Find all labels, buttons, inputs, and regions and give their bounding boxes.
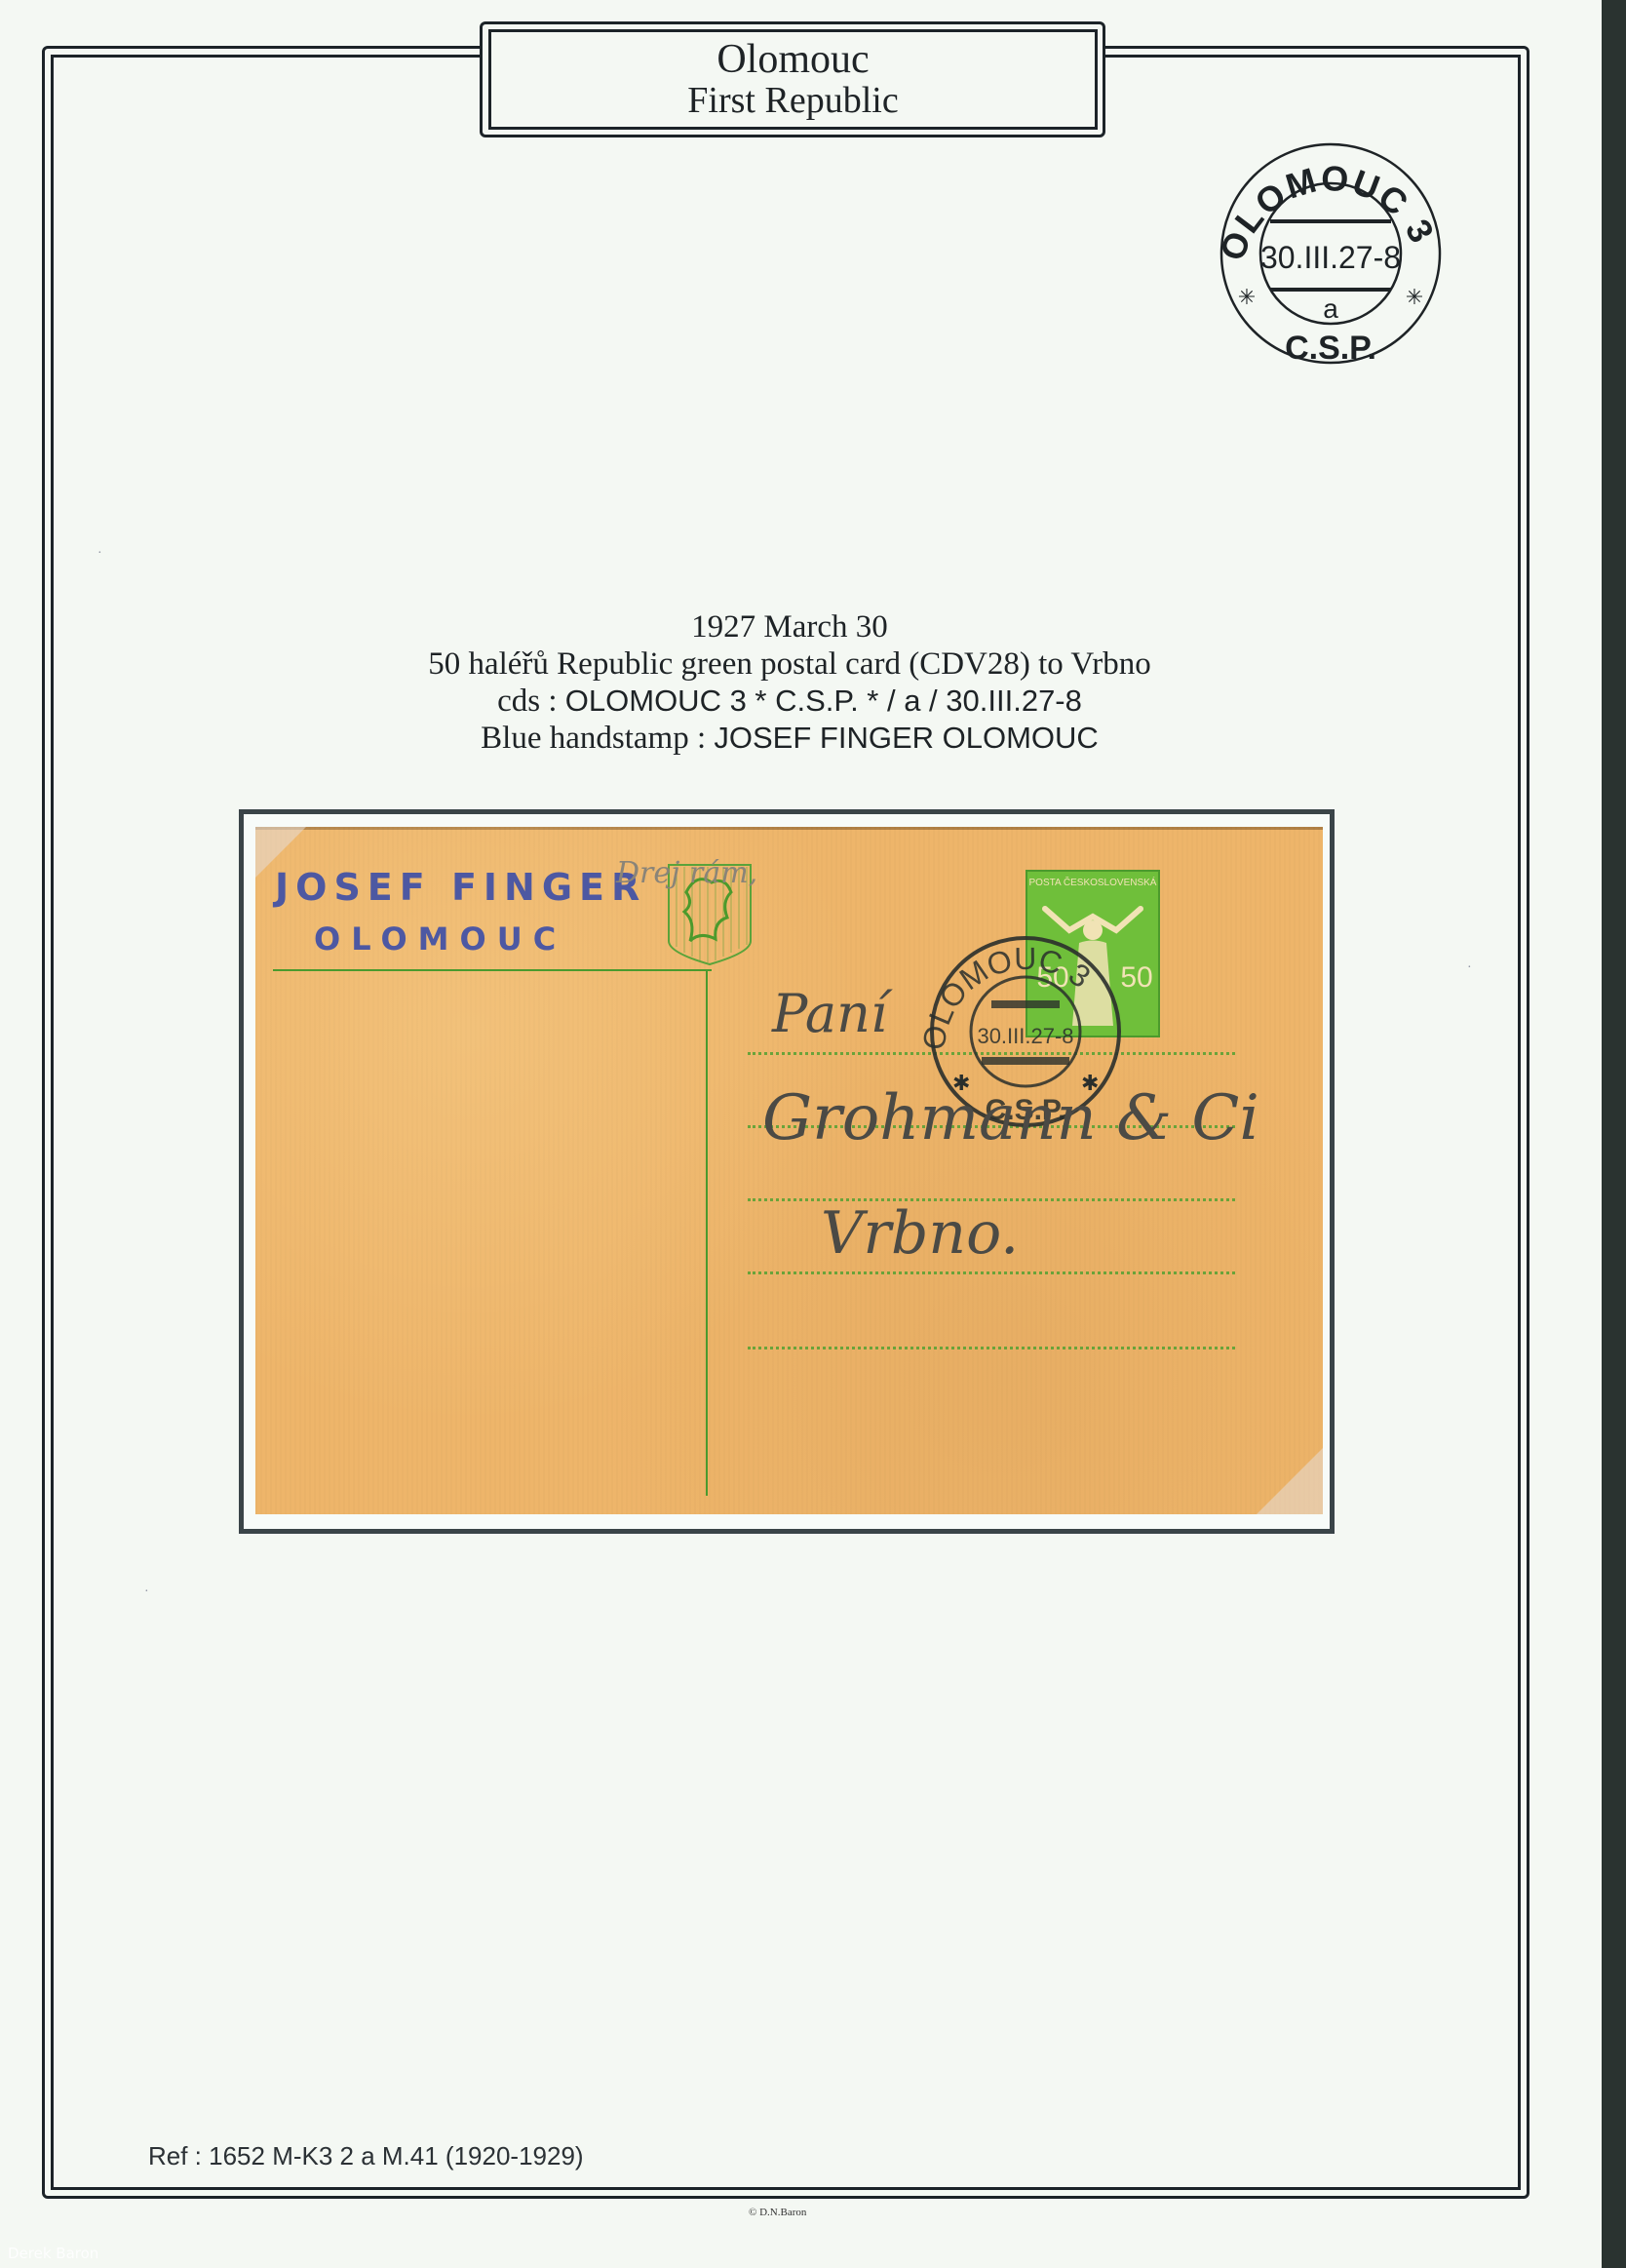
description-handstamp: Blue handstamp : JOSEF FINGER OLOMOUC: [244, 720, 1336, 757]
scan-edge-strip: [1602, 0, 1626, 2268]
reference-text: Ref : 1652 M-K3 2 a M.41 (1920-1929): [148, 2141, 584, 2171]
postmark-illustration: OLOMOUC 3 30.III.27-8 a C.S.P. ✳ ✳: [1214, 137, 1448, 371]
scan-speck: ·: [1467, 960, 1472, 976]
scan-speck: ·: [97, 546, 102, 562]
stamp-country-text: POSTA ČESKOSLOVENSKÁ: [1029, 876, 1157, 888]
postmark-date: 30.III.27-8: [1260, 240, 1401, 275]
description-item: 50 haléřů Republic green postal card (CD…: [244, 645, 1336, 683]
star-icon: ✳: [1406, 285, 1423, 309]
postmark-bottom-text: C.S.P.: [1285, 330, 1376, 367]
page-title: Olomouc: [716, 39, 869, 80]
cds-value: OLOMOUC 3 * C.S.P. * / a / 30.III.27-8: [565, 684, 1082, 718]
handwritten-address-line3: Vrbno.: [821, 1199, 1019, 1268]
address-line: [748, 1271, 1235, 1274]
handstamp-label: Blue handstamp :: [481, 721, 714, 756]
handwritten-address-line2: Grohmann & Ci: [762, 1082, 1259, 1154]
header-box-inner: Olomouc First Republic: [488, 29, 1098, 130]
address-divider-line: [273, 969, 712, 971]
description-cds: cds : OLOMOUC 3 * C.S.P. * / a / 30.III.…: [244, 683, 1336, 720]
sender-handstamp-name: JOSEF FINGER: [275, 866, 646, 909]
cancel-date-text: 30.III.27-8: [977, 1024, 1073, 1048]
handwritten-address-line1: Paní: [772, 983, 887, 1044]
page-subtitle: First Republic: [687, 80, 898, 121]
description-date: 1927 March 30: [244, 608, 1336, 645]
item-description: 1927 March 30 50 haléřů Republic green p…: [244, 608, 1336, 757]
star-icon: ✳: [1238, 285, 1256, 309]
address-line: [748, 1347, 1235, 1349]
watermark-text: Derek Baron: [8, 2245, 98, 2262]
cds-label: cds :: [497, 684, 565, 719]
postmark-letter: a: [1323, 293, 1338, 324]
scan-speck: ·: [144, 1584, 149, 1600]
handwritten-note: Drej rám,: [616, 856, 757, 890]
copyright-text: © D.N.Baron: [749, 2207, 806, 2218]
sender-handstamp-town: OLOMOUC: [314, 920, 566, 958]
message-divider-line: [706, 969, 708, 1496]
postal-card: JOSEF FINGER OLOMOUC POSTA ČESKOSLOVENSK…: [255, 827, 1323, 1514]
handstamp-value: JOSEF FINGER OLOMOUC: [714, 721, 1098, 755]
